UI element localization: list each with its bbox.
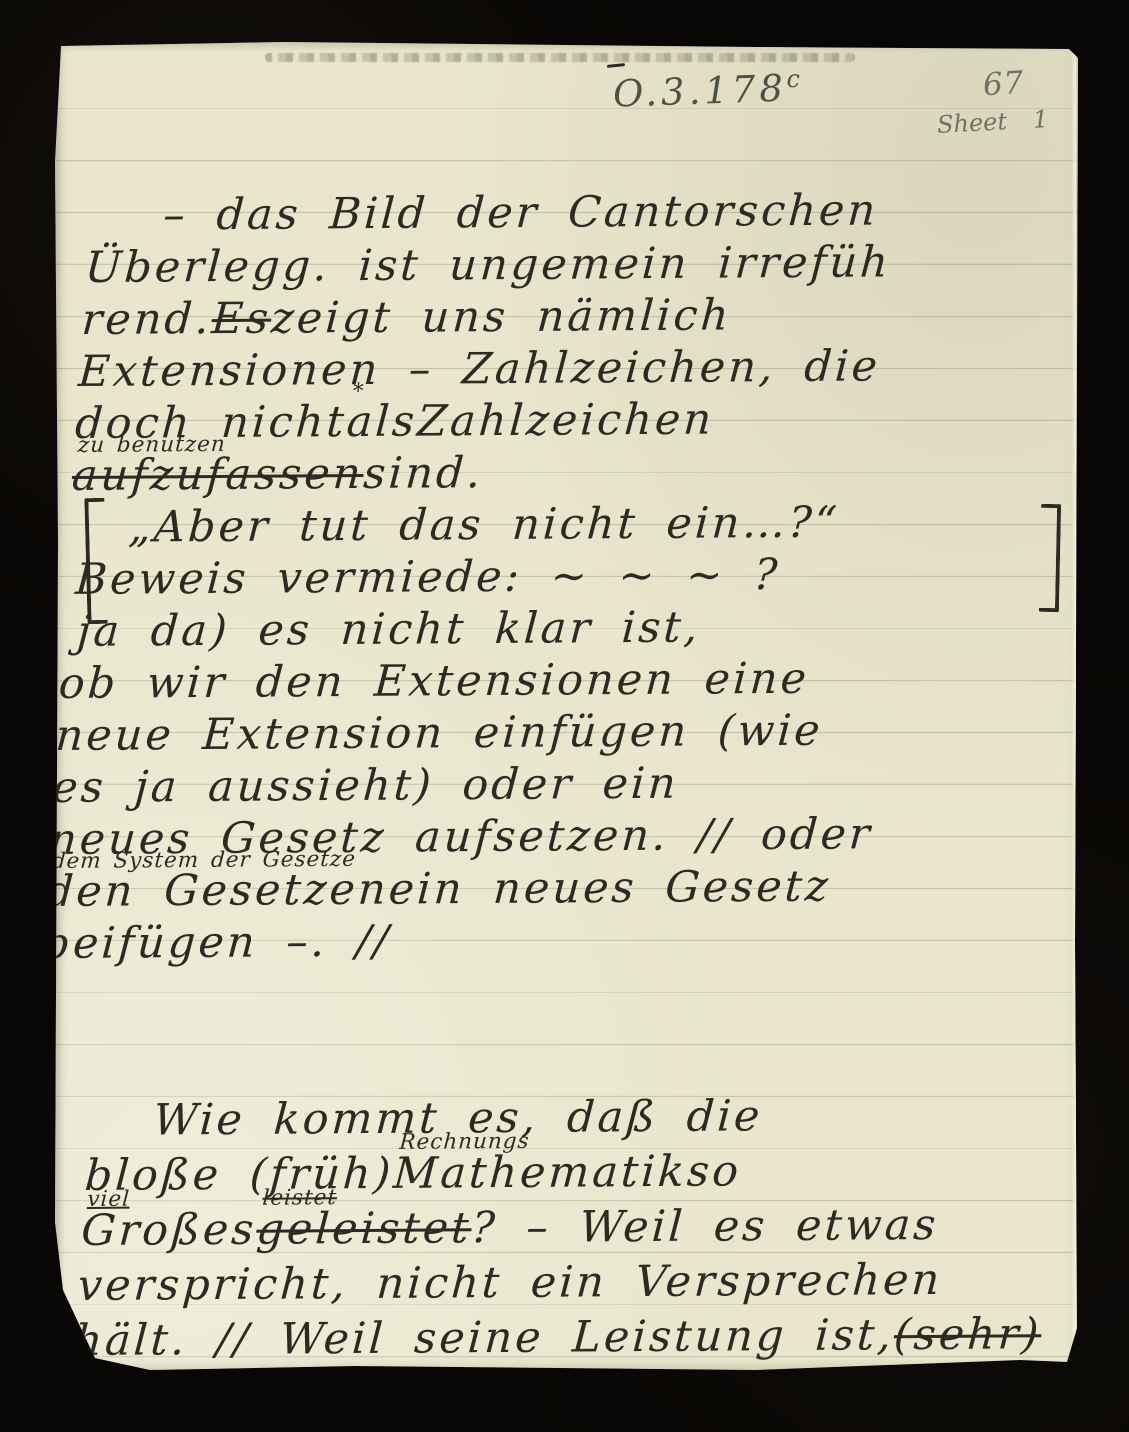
handwritten-text: neue Extension einfügen (wie: [54, 705, 824, 762]
catalog-number-base: O.3.178: [612, 67, 787, 116]
paragraph-2: Wie kommt es, daß diebloße (früh) Mathem…: [73, 1087, 1071, 1369]
handwritten-text: zeigt uns nämlich: [270, 289, 733, 344]
inserted-word-above: viel: [87, 1189, 131, 1211]
handwritten-line: neue Extension einfügen (wie: [54, 703, 1038, 762]
handwritten-line: Wie kommt es, daß die: [152, 1087, 1071, 1148]
handwritten-line: aufzufassenzu benutzen sind.: [70, 443, 1054, 502]
inserted-word-above: dem System der Gesetze: [51, 849, 357, 873]
catalog-number-superscript: c: [786, 65, 804, 94]
torn-edge-remnant: [265, 53, 855, 62]
handwritten-line: Großesviel geleistetleistet? – Weil es e…: [80, 1197, 1064, 1259]
handwritten-line: beifügen –. //: [41, 911, 1025, 970]
handwritten-line: ob wir den Extensionen eine: [57, 651, 1041, 710]
inserted-word-above: Rechnungs: [399, 1131, 531, 1153]
folio-number: 67: [982, 65, 1026, 104]
handwritten-line: bloße (früh) MathematikRechnungs so: [83, 1142, 1067, 1204]
handwritten-line: Überlegg. ist ungemein irrefüh: [83, 235, 1067, 294]
sheet-label: Sheet: [936, 107, 1007, 139]
handwritten-line: hält. // Weil seine Leistung ist, (sehr): [73, 1307, 1057, 1369]
paragraph-1: – das Bild der CantorschenÜberlegg. ist …: [41, 183, 1071, 970]
handwritten-text: so: [685, 1144, 742, 1199]
manuscript-page: O.3.178c 67 Sheet1 – das Bild der Cantor…: [55, 42, 1078, 1373]
handwritten-text: „Aber tut das nicht ein…?“: [127, 497, 841, 554]
handwritten-line: Beweis vermiede: ~ ~ ~ ?: [74, 547, 1048, 606]
handwritten-text: ? – Weil es etwas: [470, 1198, 940, 1256]
paper-right-edge-highlight: [1071, 52, 1076, 1357]
handwritten-text: ob wir den Extensionen eine: [57, 653, 810, 710]
handwritten-text: MathematikRechnungs: [392, 1145, 689, 1202]
handwritten-text: ja da) es nicht klar ist,: [76, 602, 703, 658]
handwritten-text: es ja aussieht) oder ein: [51, 758, 680, 814]
catalog-number: O.3.178c: [612, 65, 805, 116]
handwritten-line: ja da) es nicht klar ist,: [76, 599, 1045, 658]
inserted-word-above: zu benutzen: [77, 434, 226, 457]
handwritten-line: verspricht, nicht ein Versprechen: [76, 1252, 1060, 1314]
handwritten-text: – das Bild der Cantorschen: [162, 184, 880, 241]
handwritten-text: rend.: [80, 293, 213, 346]
handwritten-text: ein neues Gesetz: [387, 861, 832, 916]
handwritten-line: „Aber tut das nicht ein…?“: [127, 495, 1051, 553]
crossed-out-word: aufzufassenzu benutzen: [70, 448, 365, 502]
handwritten-text: hält. // Weil seine Leistung ist,: [73, 1308, 896, 1369]
handwritten-text: verspricht, nicht ein Versprechen: [76, 1253, 944, 1314]
handwritten-text: Großesviel: [80, 1203, 259, 1259]
handwritten-text: den Gesetzendem System der Gesetze: [44, 864, 390, 918]
inserted-word-above: leistet: [262, 1187, 338, 1209]
crossed-out-word: (sehr): [892, 1307, 1043, 1363]
inserted-word-above: *: [352, 381, 365, 403]
handwritten-line: – das Bild der Cantorschen: [162, 183, 1071, 241]
handwritten-text: beifügen –. //: [41, 916, 393, 970]
handwritten-text: Zahlzeichen: [416, 394, 716, 448]
handwritten-text: Überlegg. ist ungemein irrefüh: [83, 236, 892, 294]
handwritten-line: Extensionen – Zahlzeichen, die: [77, 339, 1061, 398]
stray-ink-mark: [607, 63, 625, 68]
handwritten-text: sind.: [362, 447, 485, 500]
handwritten-line: den Gesetzendem System der Gesetze ein n…: [44, 859, 1028, 918]
handwritten-text: als*: [345, 396, 419, 448]
handwritten-text: Beweis vermiede: ~ ~ ~ ?: [74, 549, 782, 606]
handwritten-text: Extensionen – Zahlzeichen, die: [77, 340, 882, 398]
handwritten-line: rend. Es zeigt uns nämlich: [80, 287, 1064, 346]
sheet-number: 1: [1032, 105, 1049, 134]
crossed-out-word: Es: [210, 293, 273, 345]
crossed-out-word: geleistetleistet: [255, 1201, 474, 1257]
handwritten-line: es ja aussieht) oder ein: [51, 755, 1035, 814]
sheet-annotation: Sheet1: [936, 105, 1049, 139]
